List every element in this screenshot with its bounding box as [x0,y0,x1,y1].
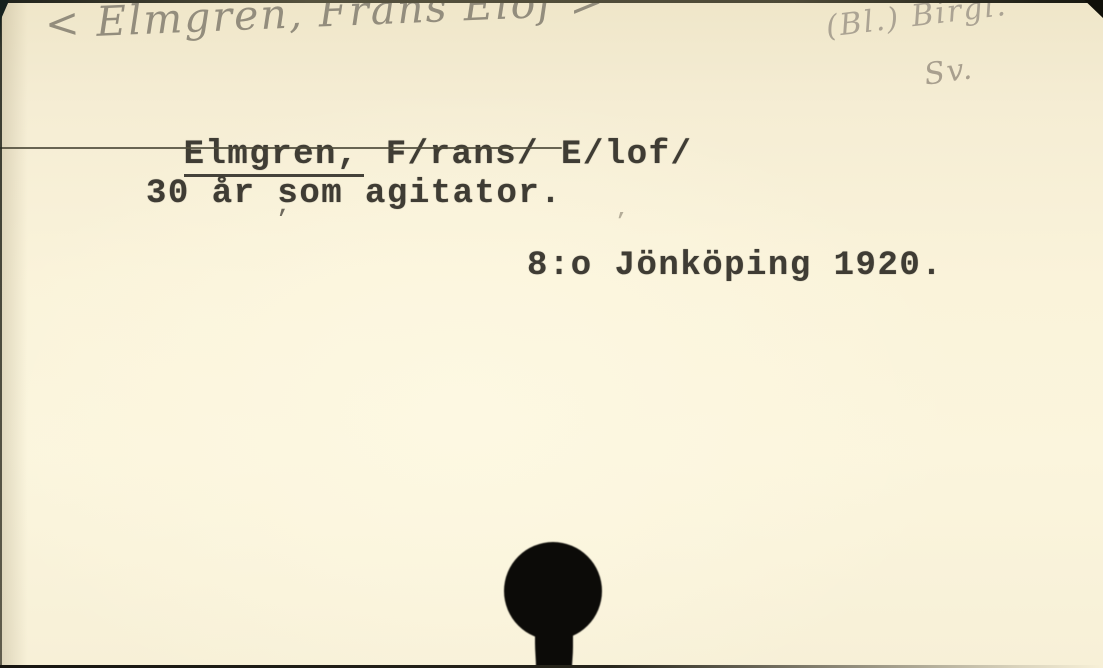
handwritten-name-annotation: < Elmgren, Frans Elof > [44,0,607,48]
ruled-divider-line [0,147,562,149]
card-title-line: 30 år som agitator. [146,177,562,213]
handwritten-corner-note-line1: (Bl.) Birgl. [824,0,1009,45]
card-left-edge [0,3,2,668]
heading-forenames: F/rans/ E/lof/ [364,136,693,174]
heading-surname-underlined: Elmgren, [184,136,364,177]
handwritten-corner-note-line2: Sv. [922,51,976,93]
catalog-card: < Elmgren, Frans Elof > (Bl.) Birgl. Sv.… [0,0,1103,668]
card-top-edge [0,0,1103,3]
stray-pencil-mark: ’ [615,211,627,234]
stray-pencil-mark: , [277,194,290,219]
card-imprint-line: 8:o Jönköping 1920. [527,249,943,285]
punch-hole-icon [455,535,655,668]
